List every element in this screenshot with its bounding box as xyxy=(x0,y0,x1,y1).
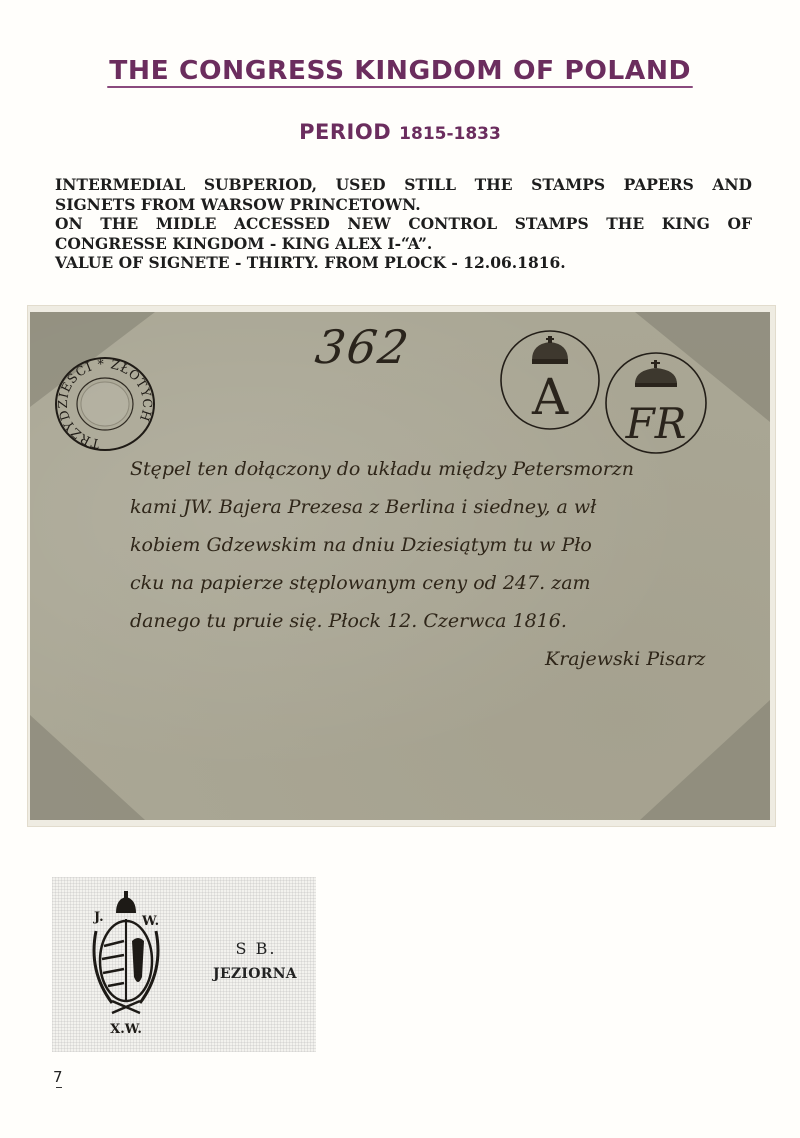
handwriting-line: kami JW. Bajera Prezesa z Berlina i sied… xyxy=(130,488,770,526)
photo-corner-bottom-left xyxy=(30,715,145,820)
crowned-a-stamp-icon: A xyxy=(498,328,602,432)
handwriting-line: danego tu pruie się. Płock 12. Czerwca 1… xyxy=(130,602,770,640)
historic-document: TRZYDZIESCI * ZŁOTYCH 362 A FR Stępel te… xyxy=(30,312,770,820)
svg-text:X.W.: X.W. xyxy=(110,1022,142,1036)
period-heading: PERIOD1815-1833 xyxy=(0,120,800,144)
period-label: PERIOD xyxy=(299,120,391,144)
svg-text:A: A xyxy=(531,368,569,426)
watermark-line-1: S B. xyxy=(202,939,310,958)
description-line: SIGNETS FROM WARSOW PRINCETOWN. xyxy=(55,195,752,215)
crowned-fr-stamp-icon: FR xyxy=(603,350,709,456)
photo-corner-bottom-right xyxy=(640,700,770,820)
handwriting-line: kobiem Gdzewskim na dniu Dziesiątym tu w… xyxy=(130,526,770,564)
handwriting-line: cku na papierze stęplowanym ceny od 247.… xyxy=(130,564,770,602)
page-number: 7 xyxy=(53,1068,63,1086)
description-line: CONGRESSE KINGDOM - KING ALEX I-“A”. xyxy=(55,234,752,254)
watermark-line-2: JEZIORNA xyxy=(200,966,310,982)
handwriting-line: Stępel ten dołączony do układu między Pe… xyxy=(130,450,770,488)
svg-text:FR: FR xyxy=(625,399,687,448)
page-number-underline xyxy=(56,1087,62,1088)
handwritten-text: Stępel ten dołączony do układu między Pe… xyxy=(130,450,770,678)
seal-stamp-icon: TRZYDZIESCI * ZŁOTYCH xyxy=(54,356,156,452)
page-number-text: 7 xyxy=(53,1068,63,1086)
page-title: THE CONGRESS KINGDOM OF POLAND xyxy=(107,56,693,88)
description-line: VALUE OF SIGNETE - THIRTY. FROM PLOCK - … xyxy=(55,253,752,273)
watermark-text: S B. JEZIORNA xyxy=(210,939,310,982)
description-line: INTERMEDIAL SUBPERIOD, USED STILL THE ST… xyxy=(55,175,752,195)
svg-text:W.: W. xyxy=(141,914,159,929)
svg-text:J.: J. xyxy=(93,910,104,925)
page-title-wrap: THE CONGRESS KINGDOM OF POLAND xyxy=(0,56,800,88)
coat-of-arms-icon: J. W. X.W. xyxy=(86,891,166,1036)
document-number: 362 xyxy=(312,320,413,374)
description: INTERMEDIAL SUBPERIOD, USED STILL THE ST… xyxy=(55,175,752,273)
period-years: 1815-1833 xyxy=(399,124,501,144)
watermark-image: J. W. X.W. S B. JEZIORNA xyxy=(52,877,316,1052)
signature: Krajewski Pisarz xyxy=(130,640,770,678)
description-line: ON THE MIDLE ACCESSED NEW CONTROL STAMPS… xyxy=(55,214,752,234)
